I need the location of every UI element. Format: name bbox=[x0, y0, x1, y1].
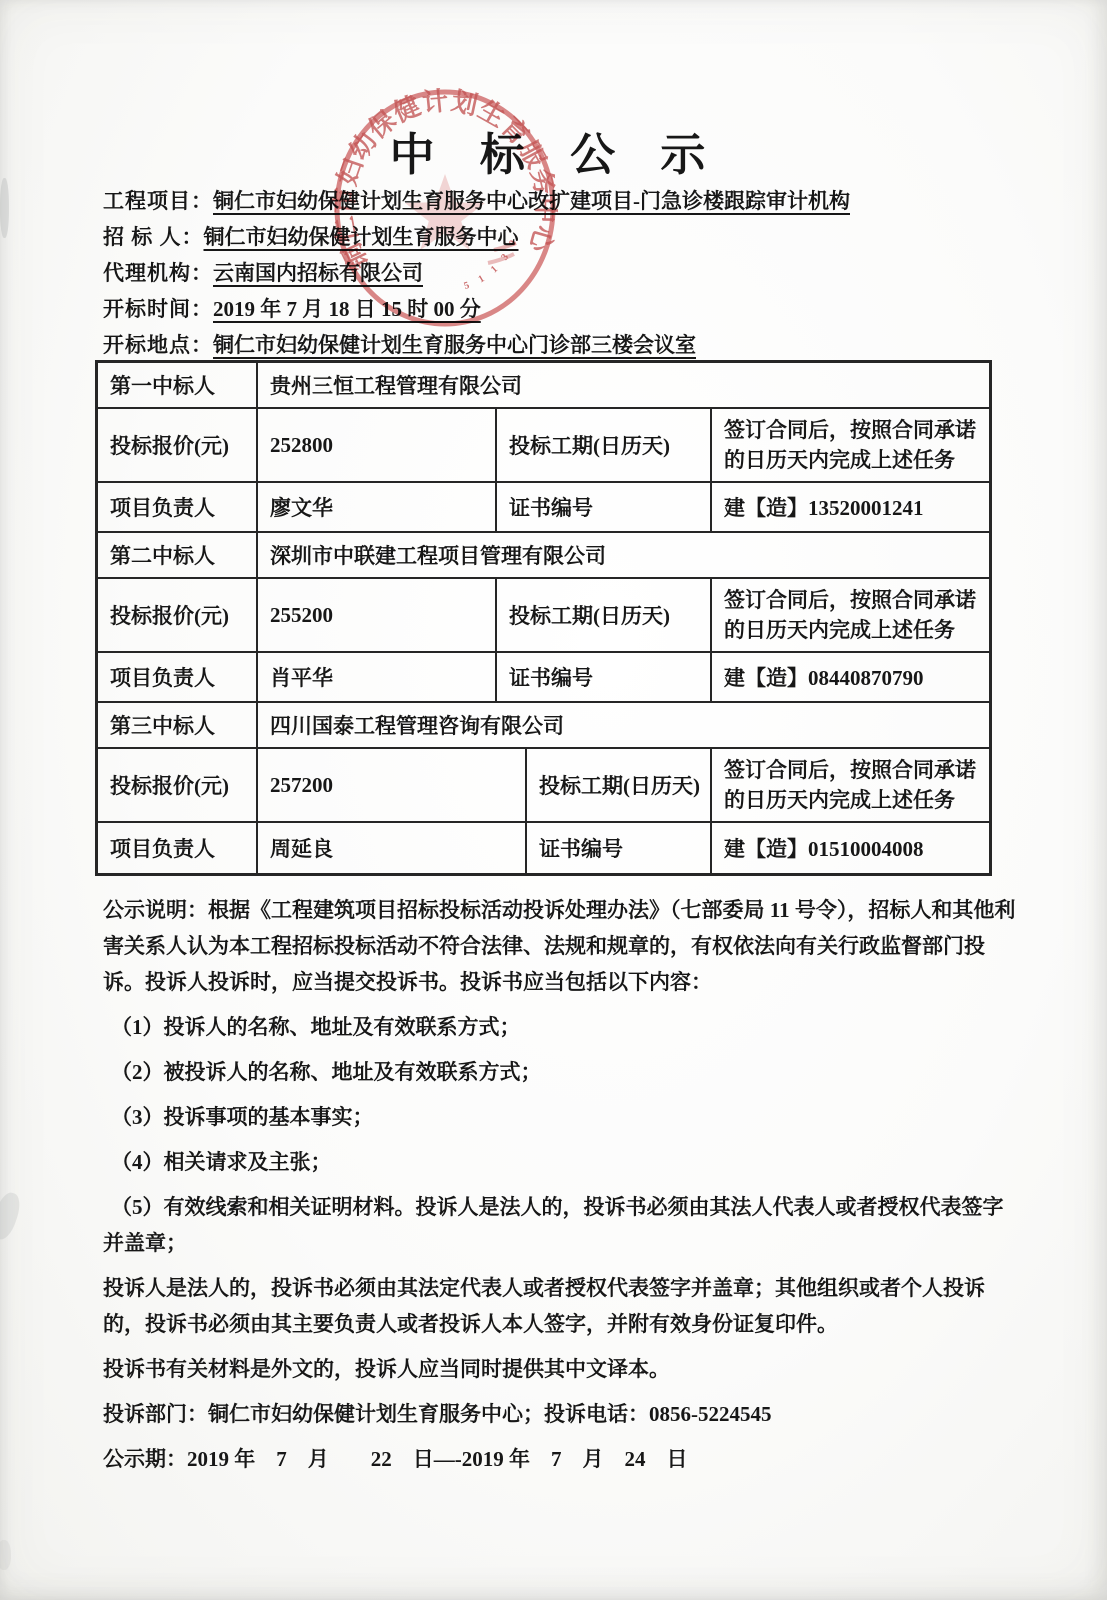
header-fields: 工程项目：铜仁市妇幼保健计划生育服务中心改扩建项目-门急诊楼跟踪审计机构 招 标… bbox=[103, 183, 1033, 363]
person-name: 周延良 bbox=[258, 823, 527, 873]
duration-label: 投标工期(日历天) bbox=[497, 579, 712, 651]
price-value: 255200 bbox=[258, 579, 497, 651]
header-field-tenderee: 招 标 人：铜仁市妇幼保健计划生育服务中心 bbox=[103, 219, 1033, 255]
cert-label: 证书编号 bbox=[497, 653, 712, 701]
field-value: 铜仁市妇幼保健计划生育服务中心门诊部三楼会议室 bbox=[213, 333, 696, 357]
cert-label: 证书编号 bbox=[497, 483, 712, 531]
person-label: 项目负责人 bbox=[98, 653, 258, 701]
rank-label: 第一中标人 bbox=[98, 363, 258, 407]
company-name: 深圳市中联建工程项目管理有限公司 bbox=[258, 533, 989, 577]
rank-label: 第二中标人 bbox=[98, 533, 258, 577]
person-name: 廖文华 bbox=[258, 483, 497, 531]
legal-person-paragraph: 投诉人是法人的，投诉书必须由其法定代表人或者授权代表签字并盖章；其他组织或者个人… bbox=[103, 1270, 1019, 1342]
price-label: 投标报价(元) bbox=[98, 409, 258, 481]
foreign-material-paragraph: 投诉书有关材料是外文的，投诉人应当同时提供其中文译本。 bbox=[103, 1351, 1019, 1387]
complaint-item-2: （2）被投诉人的名称、地址及有效联系方式； bbox=[103, 1054, 1019, 1090]
field-value: 云南国内招标有限公司 bbox=[213, 261, 423, 285]
price-label: 投标报价(元) bbox=[98, 579, 258, 651]
header-field-agency: 代理机构：云南国内招标有限公司 bbox=[103, 255, 1033, 291]
table-row: 第三中标人 四川国泰工程管理咨询有限公司 bbox=[98, 703, 989, 749]
publicity-statement: 公示说明：根据《工程建筑项目招标投标活动投诉处理办法》（七部委局 11 号令），… bbox=[103, 892, 1019, 1000]
duration-note: 签订合同后，按照合同承诺的日历天内完成上述任务 bbox=[712, 409, 989, 481]
field-label: 工程项目： bbox=[103, 189, 213, 213]
company-name: 贵州三恒工程管理有限公司 bbox=[258, 363, 989, 407]
duration-note: 签订合同后，按照合同承诺的日历天内完成上述任务 bbox=[712, 579, 989, 651]
complaint-department-line: 投诉部门：铜仁市妇幼保健计划生育服务中心；投诉电话：0856-5224545 bbox=[103, 1396, 1019, 1432]
notes-section: 公示说明：根据《工程建筑项目招标投标活动投诉处理办法》（七部委局 11 号令），… bbox=[103, 892, 1019, 1486]
cert-value: 建【造】08440870790 bbox=[712, 653, 989, 701]
field-label: 招 标 人： bbox=[103, 225, 204, 249]
table-row: 投标报价(元) 255200 投标工期(日历天) 签订合同后，按照合同承诺的日历… bbox=[98, 579, 989, 653]
price-value: 252800 bbox=[258, 409, 497, 481]
field-label: 代理机构： bbox=[103, 261, 213, 285]
table-row: 第二中标人 深圳市中联建工程项目管理有限公司 bbox=[98, 533, 989, 579]
field-label: 开标时间： bbox=[103, 297, 213, 321]
bid-section-1: 第一中标人 贵州三恒工程管理有限公司 投标报价(元) 252800 投标工期(日… bbox=[98, 363, 989, 533]
table-row: 项目负责人 周延良 证书编号 建【造】01510004008 bbox=[98, 823, 989, 873]
person-label: 项目负责人 bbox=[98, 483, 258, 531]
header-field-project: 工程项目：铜仁市妇幼保健计划生育服务中心改扩建项目-门急诊楼跟踪审计机构 bbox=[103, 183, 1033, 219]
complaint-item-4: （4）相关请求及主张； bbox=[103, 1144, 1019, 1180]
cert-value: 建【造】01510004008 bbox=[712, 823, 989, 873]
table-row: 第一中标人 贵州三恒工程管理有限公司 bbox=[98, 363, 989, 409]
field-label: 开标地点： bbox=[103, 333, 213, 357]
field-value: 铜仁市妇幼保健计划生育服务中心改扩建项目-门急诊楼跟踪审计机构 bbox=[213, 189, 850, 213]
bid-section-2: 第二中标人 深圳市中联建工程项目管理有限公司 投标报价(元) 255200 投标… bbox=[98, 533, 989, 703]
scan-smudge bbox=[0, 1540, 11, 1570]
complaint-item-5: （5）有效线索和相关证明材料。投诉人是法人的，投诉书必须由其法人代表人或者授权代… bbox=[103, 1189, 1019, 1261]
cert-label: 证书编号 bbox=[527, 823, 712, 873]
field-value: 2019 年 7 月 18 日 15 时 00 分 bbox=[213, 297, 481, 321]
bid-section-3: 第三中标人 四川国泰工程管理咨询有限公司 投标报价(元) 257200 投标工期… bbox=[98, 703, 989, 873]
company-name: 四川国泰工程管理咨询有限公司 bbox=[258, 703, 989, 747]
person-name: 肖平华 bbox=[258, 653, 497, 701]
rank-label: 第三中标人 bbox=[98, 703, 258, 747]
complaint-item-3: （3）投诉事项的基本事实； bbox=[103, 1099, 1019, 1135]
header-field-open-time: 开标时间：2019 年 7 月 18 日 15 时 00 分 bbox=[103, 291, 1033, 327]
scanned-document-page: 中 标 公 示 工程项目：铜仁市妇幼保健计划生育服务中心改扩建项目-门急诊楼跟踪… bbox=[0, 0, 1107, 1600]
duration-label: 投标工期(日历天) bbox=[527, 749, 712, 821]
table-row: 项目负责人 廖文华 证书编号 建【造】13520001241 bbox=[98, 483, 989, 533]
table-row: 投标报价(元) 257200 投标工期(日历天) 签订合同后，按照合同承诺的日历… bbox=[98, 749, 989, 823]
price-label: 投标报价(元) bbox=[98, 749, 258, 821]
field-value: 铜仁市妇幼保健计划生育服务中心 bbox=[204, 225, 519, 249]
duration-note: 签订合同后，按照合同承诺的日历天内完成上述任务 bbox=[712, 749, 989, 821]
table-row: 投标报价(元) 252800 投标工期(日历天) 签订合同后，按照合同承诺的日历… bbox=[98, 409, 989, 483]
duration-label: 投标工期(日历天) bbox=[497, 409, 712, 481]
scan-smudge bbox=[0, 1190, 24, 1242]
table-row: 项目负责人 肖平华 证书编号 建【造】08440870790 bbox=[98, 653, 989, 703]
page-title: 中 标 公 示 bbox=[0, 118, 1107, 183]
cert-value: 建【造】13520001241 bbox=[712, 483, 989, 531]
scan-smudge bbox=[0, 178, 9, 238]
price-value: 257200 bbox=[258, 749, 527, 821]
person-label: 项目负责人 bbox=[98, 823, 258, 873]
complaint-item-1: （1）投诉人的名称、地址及有效联系方式； bbox=[103, 1009, 1019, 1045]
winning-bidders-table: 第一中标人 贵州三恒工程管理有限公司 投标报价(元) 252800 投标工期(日… bbox=[95, 360, 992, 876]
header-field-open-place: 开标地点：铜仁市妇幼保健计划生育服务中心门诊部三楼会议室 bbox=[103, 327, 1033, 363]
publicity-period-line: 公示期：2019 年 7 月 22 日—-2019 年 7 月 24 日 bbox=[103, 1441, 1019, 1477]
